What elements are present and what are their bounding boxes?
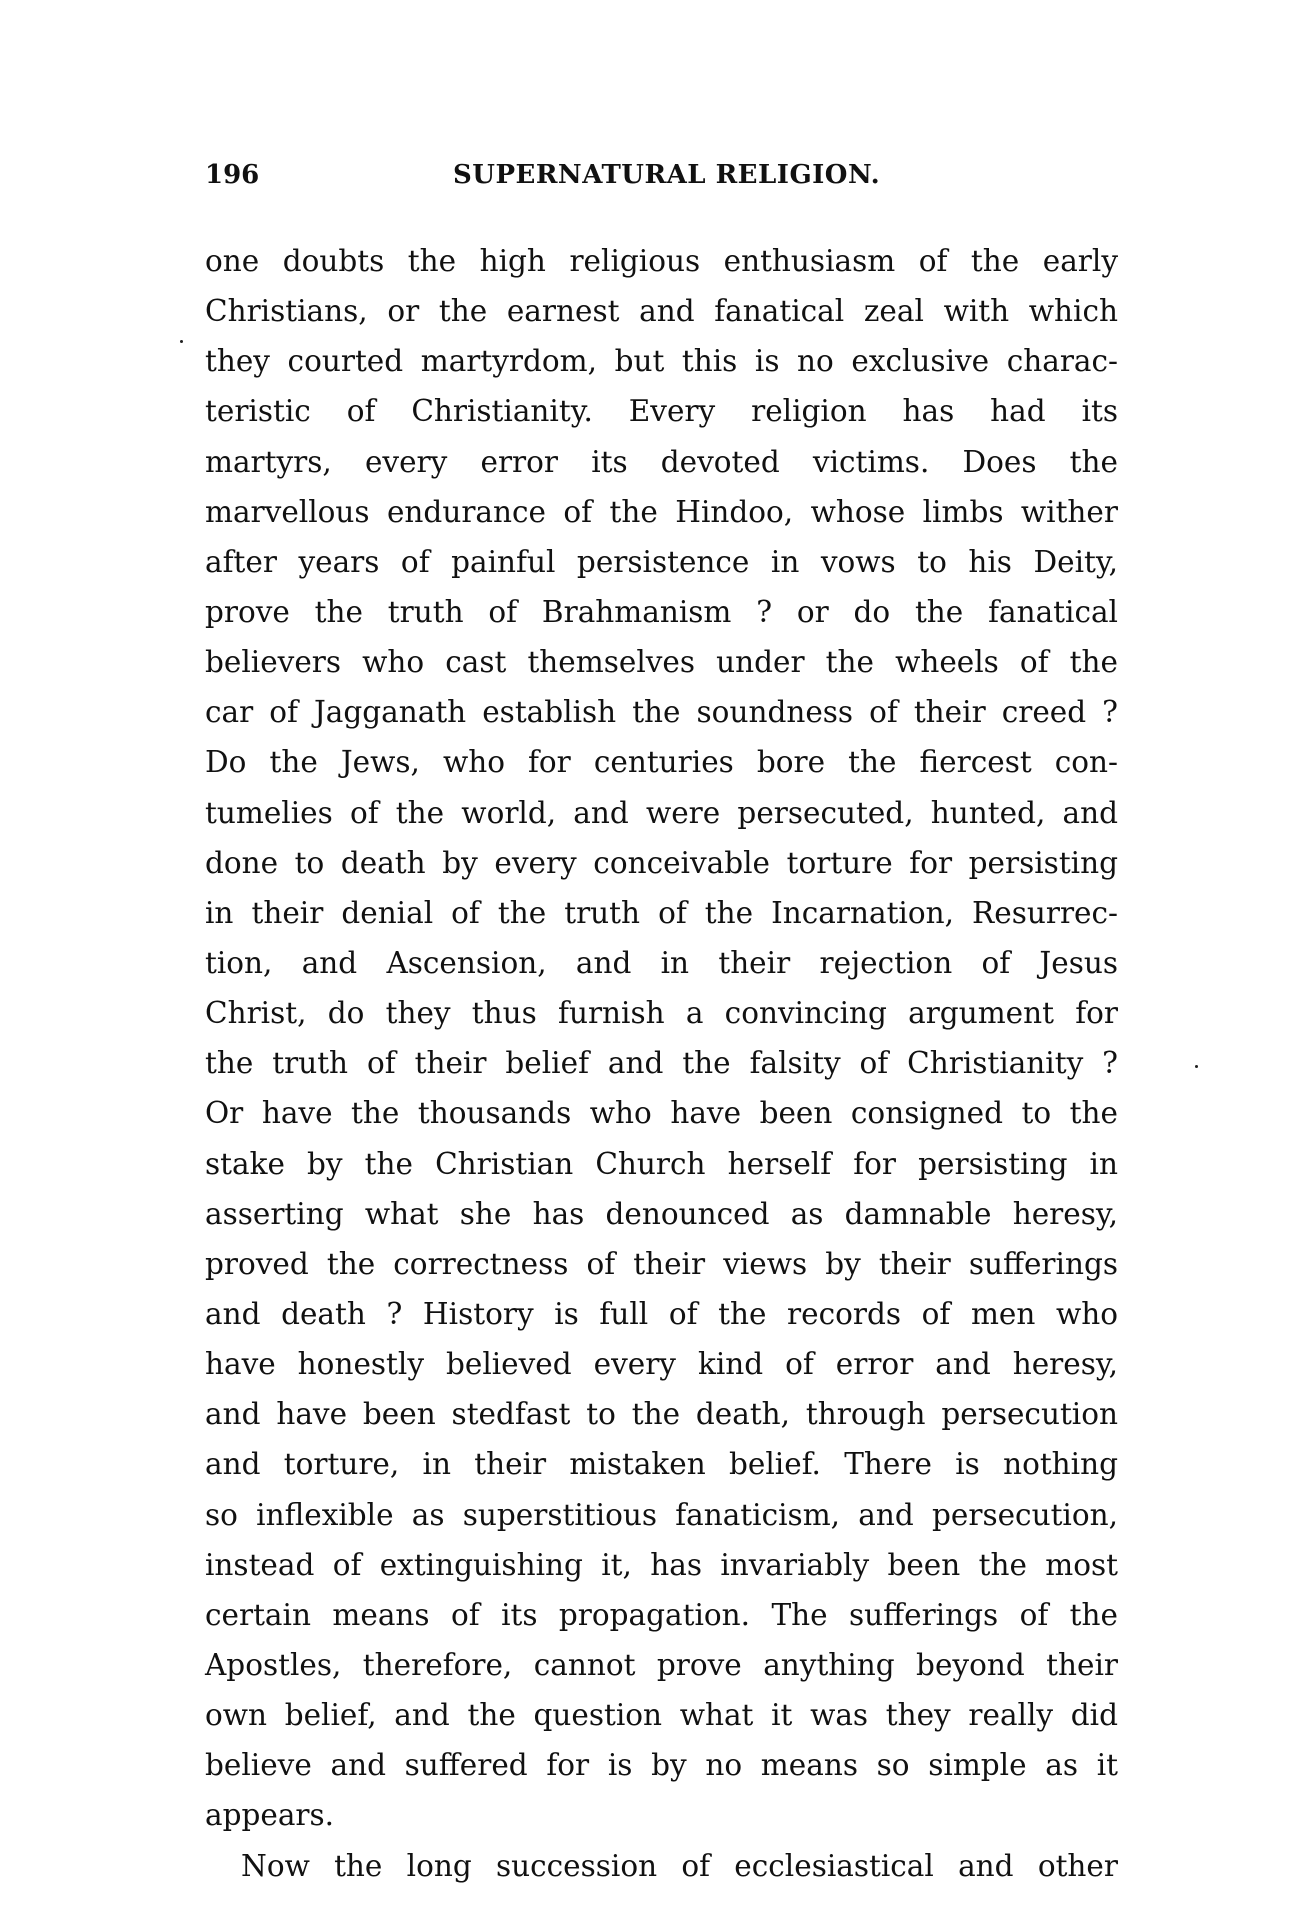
text-line: tion, and Ascension, and in their reject… [205,938,1118,988]
text-line: appears. [205,1790,1118,1840]
text-line: car of Jagganath establish the soundness… [205,687,1118,737]
text-line: Apostles, therefore, cannot prove anythi… [205,1640,1118,1690]
text-line: and death ? History is full of the recor… [205,1289,1118,1339]
body-text: one doubts the high religious enthusiasm… [205,236,1118,1891]
text-line: after years of painful persistence in vo… [205,537,1118,587]
text-line: done to death by every conceivable tortu… [205,838,1118,888]
text-line: tumelies of the world, and were persecut… [205,788,1118,838]
text-line: Christ, do they thus furnish a convincin… [205,988,1118,1038]
text-line: prove the truth of Brahmanism ? or do th… [205,587,1118,637]
book-page: 196 SUPERNATURAL RELIGION. one doubts th… [0,0,1292,1925]
text-line: martyrs, every error its devoted victims… [205,437,1118,487]
text-line: Or have the thousands who have been cons… [205,1088,1118,1138]
text-line: marvellous endurance of the Hindoo, whos… [205,487,1118,537]
text-line: certain means of its propagation. The su… [205,1590,1118,1640]
text-line: so inflexible as superstitious fanaticis… [205,1490,1118,1540]
text-line: own belief, and the question what it was… [205,1690,1118,1740]
text-line: Now the long succession of ecclesiastica… [205,1841,1118,1891]
page-number: 196 [205,160,259,190]
running-title: SUPERNATURAL RELIGION. [453,160,880,190]
margin-mark [1195,1065,1198,1068]
text-line: believers who cast themselves under the … [205,637,1118,687]
text-line: in their denial of the truth of the Inca… [205,888,1118,938]
text-line: believe and suffered for is by no means … [205,1740,1118,1790]
text-line: they courted martyrdom, but this is no e… [205,336,1118,386]
text-line: and have been stedfast to the death, thr… [205,1389,1118,1439]
text-line: one doubts the high religious enthusiasm… [205,236,1118,286]
text-line: and torture, in their mistaken belief. T… [205,1439,1118,1489]
text-line: asserting what she has denounced as damn… [205,1189,1118,1239]
text-line: teristic of Christianity. Every religion… [205,386,1118,436]
text-line: Christians, or the earnest and fanatical… [205,286,1118,336]
text-line: Do the Jews, who for centuries bore the … [205,737,1118,787]
running-head: 196 SUPERNATURAL RELIGION. [205,160,1118,200]
text-line: stake by the Christian Church herself fo… [205,1139,1118,1189]
text-line: proved the correctness of their views by… [205,1239,1118,1289]
text-line: the truth of their belief and the falsit… [205,1038,1118,1088]
text-line: instead of extinguishing it, has invaria… [205,1540,1118,1590]
text-line: have honestly believed every kind of err… [205,1339,1118,1389]
margin-mark [180,340,183,343]
